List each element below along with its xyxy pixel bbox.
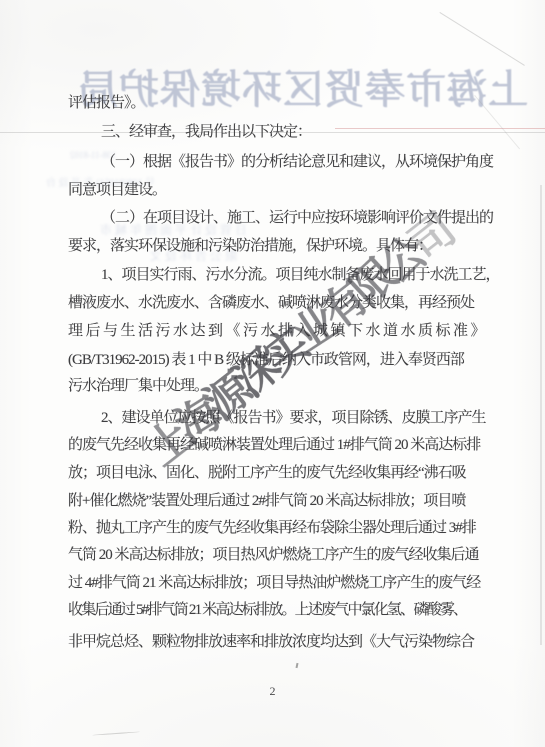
document-text-line: 收集后通过 5#排气筒 21 米高达标排放。上述废气中氯化氢、磷酸雾、 (68, 598, 466, 619)
paper-edge-shadow (540, 185, 542, 645)
page-number: 2 (0, 684, 545, 699)
document-text-line: 三、经审查，我局作出以下决定： (101, 120, 311, 141)
document-text-line: 放；项目电泳、固化、脱附工序产生的废气先经收集再经“沸石吸 (68, 461, 466, 482)
document-text-line: 附+催化燃烧”装置处理后通过 2#排气筒 20 米高达标排放；项目喷 (68, 489, 465, 510)
document-text-line: 非甲烷总烃、颗粒物排放速率和排放浓度均达到《大气污染物综合 (68, 630, 474, 651)
document-text-line: 气筒 20 米高达标排放；项目热风炉燃烧工序产生的废气经收集后通 (68, 543, 479, 564)
document-text-line: 的废气先经收集再经碱喷淋装置处理后通过 1#排气筒 20 米高达标排 (68, 433, 480, 454)
document-text-line: （一）根据《报告书》的分析结论意见和建议，从环境保护角度 (101, 150, 493, 171)
scanned-document-page: 上海市奉贤区环境保护局 138-11-8102号 108(81051) 告 开 … (0, 0, 545, 747)
scan-pink-line (335, 128, 545, 129)
document-text-line: 粉、抛丸工序产生的废气先经收集再经布袋除尘器处理后通过 3#排 (68, 516, 476, 537)
document-text-line: 同意项目建设。 (68, 178, 166, 199)
document-text-line: 过 4#排气筒 21 米高达标排放；项目导热油炉燃烧工序产生的废气经 (68, 571, 480, 592)
document-text-line: 槽液废水、水洗废水、含磷废水、碱喷淋废水分类收集，再经预处 (68, 291, 474, 312)
scan-speck (296, 663, 299, 668)
document-text-line: 评估报告》。 (68, 91, 145, 112)
paper-crease-bottom-left (92, 731, 140, 735)
